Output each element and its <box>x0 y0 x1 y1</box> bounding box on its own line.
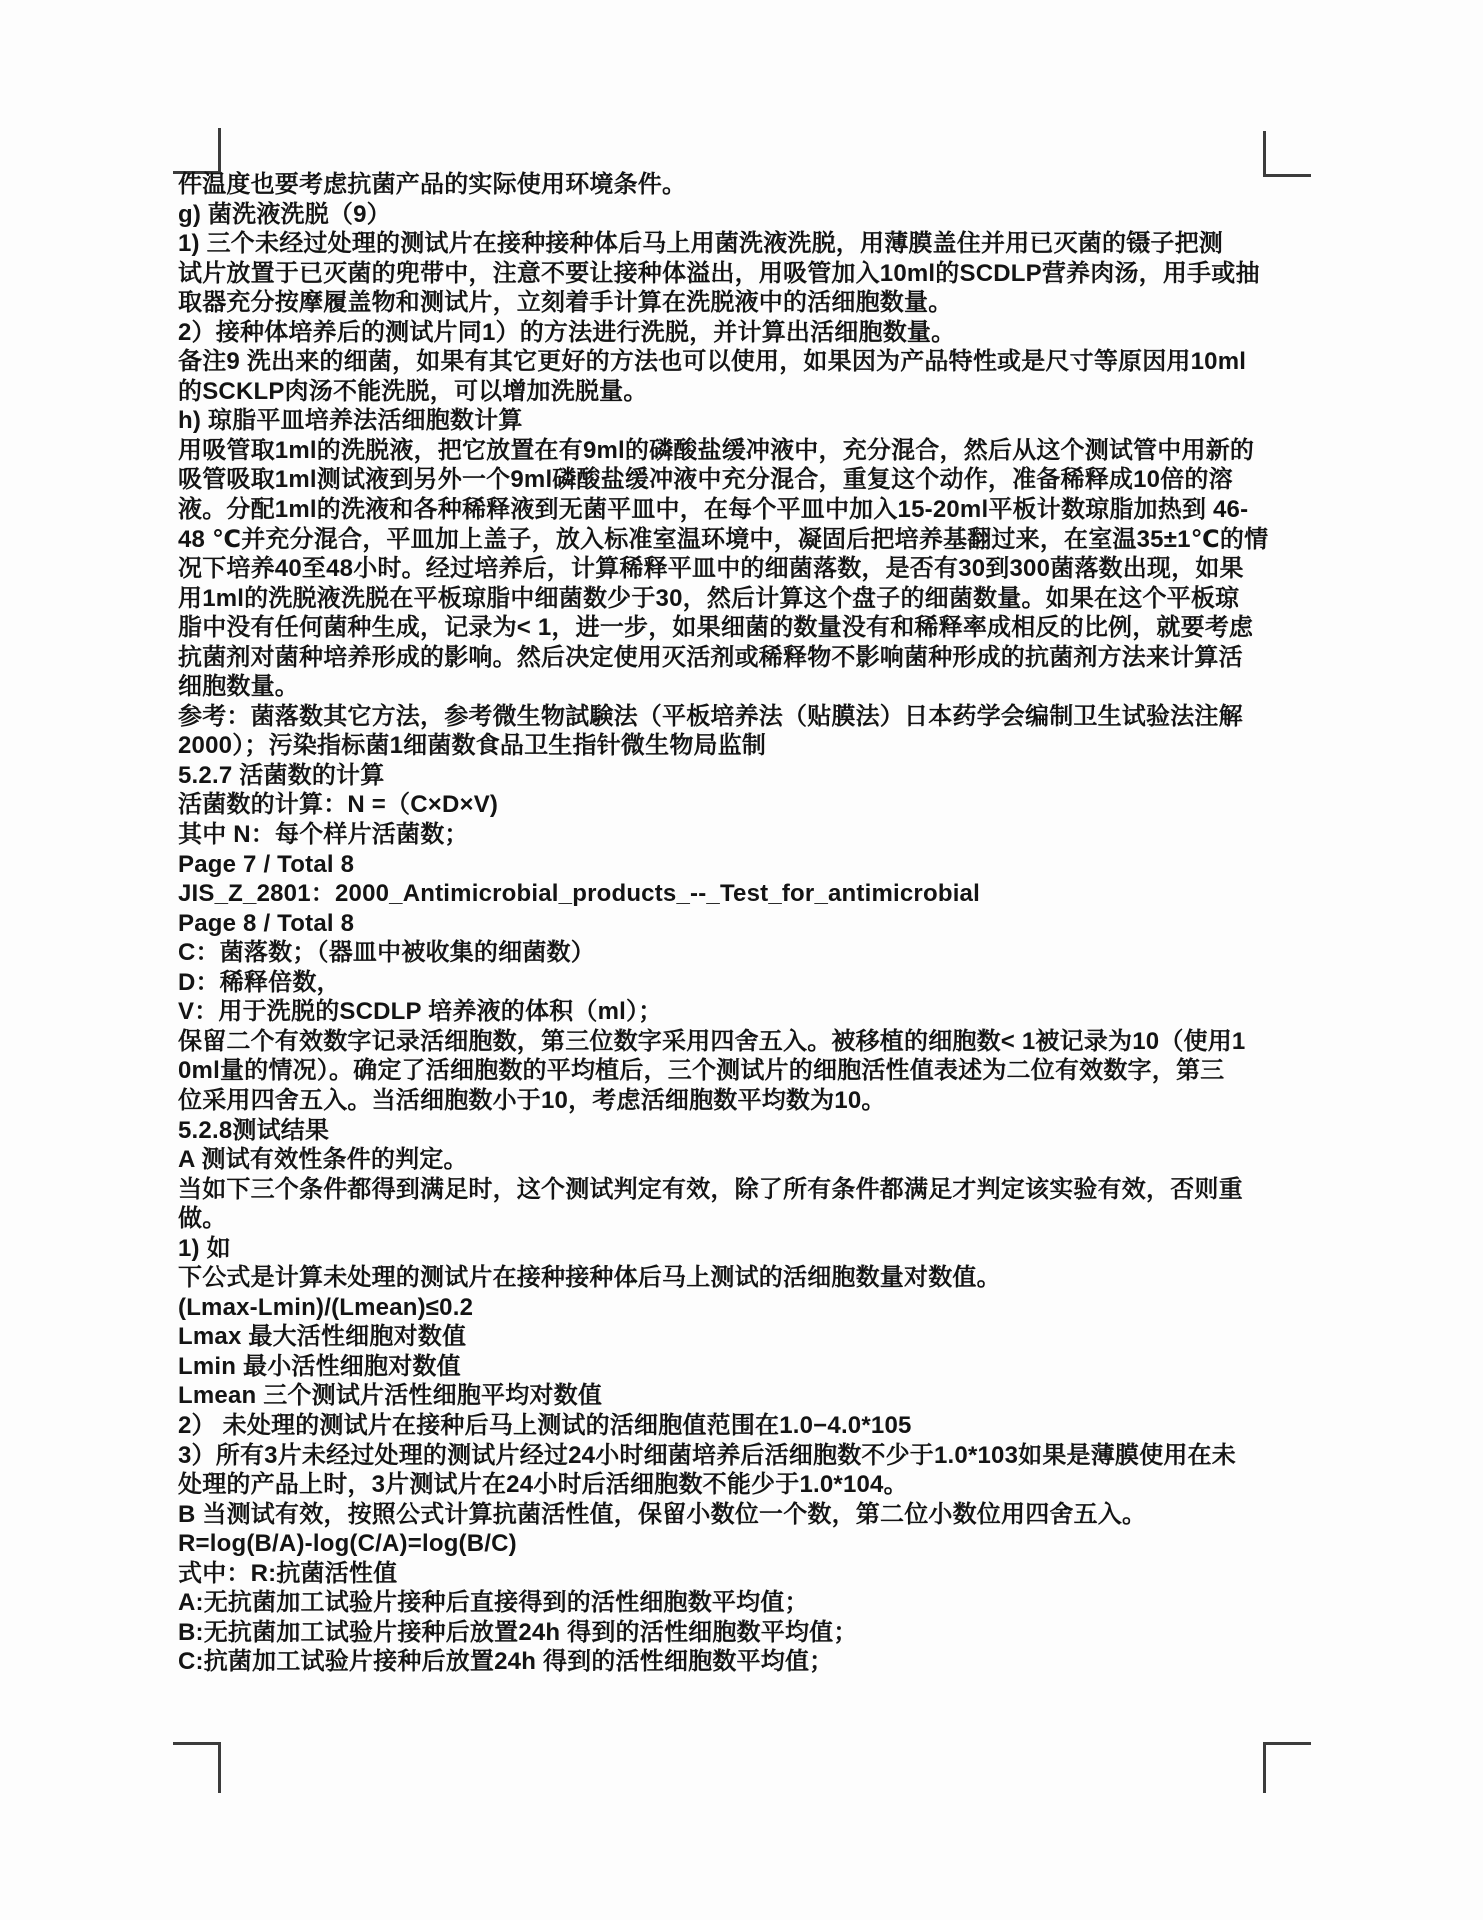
text-line: 其中 N：每个样片活菌数； <box>178 820 1323 850</box>
text-line: 0ml量的情况）。确定了活细胞数的平均植后，三个测试片的细胞活性值表述为二位有效… <box>178 1056 1323 1086</box>
text-line: 活菌数的计算：N =（C×D×V) <box>178 790 1323 820</box>
text-line: 2）接种体培养后的测试片同1）的方法进行洗脱，并计算出活细胞数量。 <box>178 318 1323 348</box>
text-line: h) 琼脂平皿培养法活细胞数计算 <box>178 406 1323 436</box>
text-line: 1) 三个未经过处理的测试片在接种接种体后马上用菌洗液洗脱，用薄膜盖住并用已灭菌… <box>178 229 1323 259</box>
text-line: 5.2.8测试结果 <box>178 1116 1323 1146</box>
text-line: B:无抗菌加工试验片接种后放置24h 得到的活性细胞数平均值； <box>178 1618 1323 1648</box>
text-line: 况下培养40至48小时。经过培养后，计算稀释平皿中的细菌落数，是否有30到300… <box>178 554 1323 584</box>
text-line: 2000）；污染指标菌1细菌数食品卫生指针微生物局监制 <box>178 731 1323 761</box>
text-line: 脂中没有任何菌种生成，记录为< 1，进一步，如果细菌的数量没有和稀释率成相反的比… <box>178 613 1323 643</box>
text-line: 处理的产品上时，3片测试片在24小时后活细胞数不能少于1.0*104。 <box>178 1470 1323 1500</box>
text-line: 液。分配1ml的洗液和各种稀释液到无菌平皿中，在每个平皿中加入15-20ml平板… <box>178 495 1323 525</box>
text-line: Lmin 最小活性细胞对数值 <box>178 1352 1323 1382</box>
text-line: A 测试有效性条件的判定。 <box>178 1145 1323 1175</box>
text-line: 参考：菌落数其它方法，参考微生物試験法（平板培养法（贴膜法）日本药学会编制卫生试… <box>178 702 1323 732</box>
text-line: 用1ml的洗脱液洗脱在平板琼脂中细菌数少于30，然后计算这个盘子的细菌数量。如果… <box>178 584 1323 614</box>
text-line: D：稀释倍数， <box>178 968 1323 998</box>
text-line: g) 菌洗液洗脱（9） <box>178 200 1323 230</box>
text-line: C：菌落数；（器皿中被收集的细菌数） <box>178 938 1323 968</box>
text-line: C:抗菌加工试验片接种后放置24h 得到的活性细胞数平均值； <box>178 1647 1323 1677</box>
text-line: 位采用四舍五入。当活细胞数小于10，考虑活细胞数平均数为10。 <box>178 1086 1323 1116</box>
crop-mark-bottom-left <box>173 1742 221 1793</box>
text-line: 5.2.7 活菌数的计算 <box>178 761 1323 791</box>
text-line: 式中：R:抗菌活性值 <box>178 1559 1323 1589</box>
text-line: Page 7 / Total 8 <box>178 850 1323 880</box>
text-line: 2） 未处理的测试片在接种后马上测试的活细胞值范围在1.0−4.0*105 <box>178 1411 1323 1441</box>
document-body: 件温度也要考虑抗菌产品的实际使用环境条件。g) 菌洗液洗脱（9）1) 三个未经过… <box>178 170 1323 1677</box>
text-line: 吸管吸取1ml测试液到另外一个9ml磷酸盐缓冲液中充分混合，重复这个动作，准备稀… <box>178 465 1323 495</box>
text-line: 用吸管取1ml的洗脱液，把它放置在有9ml的磷酸盐缓冲液中，充分混合，然后从这个… <box>178 436 1323 466</box>
document-page: 件温度也要考虑抗菌产品的实际使用环境条件。g) 菌洗液洗脱（9）1) 三个未经过… <box>0 0 1483 1920</box>
crop-mark-top-left <box>173 128 221 174</box>
text-line: 3）所有3片未经过处理的测试片经过24小时细菌培养后活细胞数不少于1.0*103… <box>178 1441 1323 1471</box>
text-line: 下公式是计算未处理的测试片在接种接种体后马上测试的活细胞数量对数值。 <box>178 1263 1323 1293</box>
text-line: JIS_Z_2801：2000_Antimicrobial_products_-… <box>178 879 1323 909</box>
crop-mark-bottom-right <box>1263 1742 1311 1793</box>
text-line: V：用于洗脱的SCDLP 培养液的体积（ml）； <box>178 997 1323 1027</box>
text-line: Page 8 / Total 8 <box>178 909 1323 939</box>
text-line: 备注9 洗出来的细菌，如果有其它更好的方法也可以使用，如果因为产品特性或是尺寸等… <box>178 347 1323 377</box>
text-line: 保留二个有效数字记录活细胞数，第三位数字采用四舍五入。被移植的细胞数< 1被记录… <box>178 1027 1323 1057</box>
text-line: B 当测试有效，按照公式计算抗菌活性值，保留小数位一个数，第二位小数位用四舍五入… <box>178 1500 1323 1530</box>
text-line: 的SCKLP肉汤不能洗脱，可以增加洗脱量。 <box>178 377 1323 407</box>
text-line: 做。 <box>178 1204 1323 1234</box>
text-line: 取器充分按摩履盖物和测试片，立刻着手计算在洗脱液中的活细胞数量。 <box>178 288 1323 318</box>
text-line: (Lmax-Lmin)/(Lmean)≤0.2 <box>178 1293 1323 1323</box>
text-line: 细胞数量。 <box>178 672 1323 702</box>
text-line: A:无抗菌加工试验片接种后直接得到的活性细胞数平均值； <box>178 1588 1323 1618</box>
text-line: 48 ℃并充分混合，平皿加上盖子，放入标准室温环境中，凝固后把培养基翻过来，在室… <box>178 525 1323 555</box>
text-line: R=log(B/A)-log(C/A)=log(B/C) <box>178 1529 1323 1559</box>
text-line: Lmax 最大活性细胞对数值 <box>178 1322 1323 1352</box>
text-line: 件温度也要考虑抗菌产品的实际使用环境条件。 <box>178 170 1323 200</box>
text-line: 1) 如 <box>178 1234 1323 1264</box>
text-line: 当如下三个条件都得到满足时，这个测试判定有效，除了所有条件都满足才判定该实验有效… <box>178 1175 1323 1205</box>
text-line: 抗菌剂对菌种培养形成的影响。然后决定使用灭活剂或稀释物不影响菌种形成的抗菌剂方法… <box>178 643 1323 673</box>
text-line: 试片放置于已灭菌的兜带中，注意不要让接种体溢出，用吸管加入10ml的SCDLP营… <box>178 259 1323 289</box>
text-line: Lmean 三个测试片活性细胞平均对数值 <box>178 1381 1323 1411</box>
